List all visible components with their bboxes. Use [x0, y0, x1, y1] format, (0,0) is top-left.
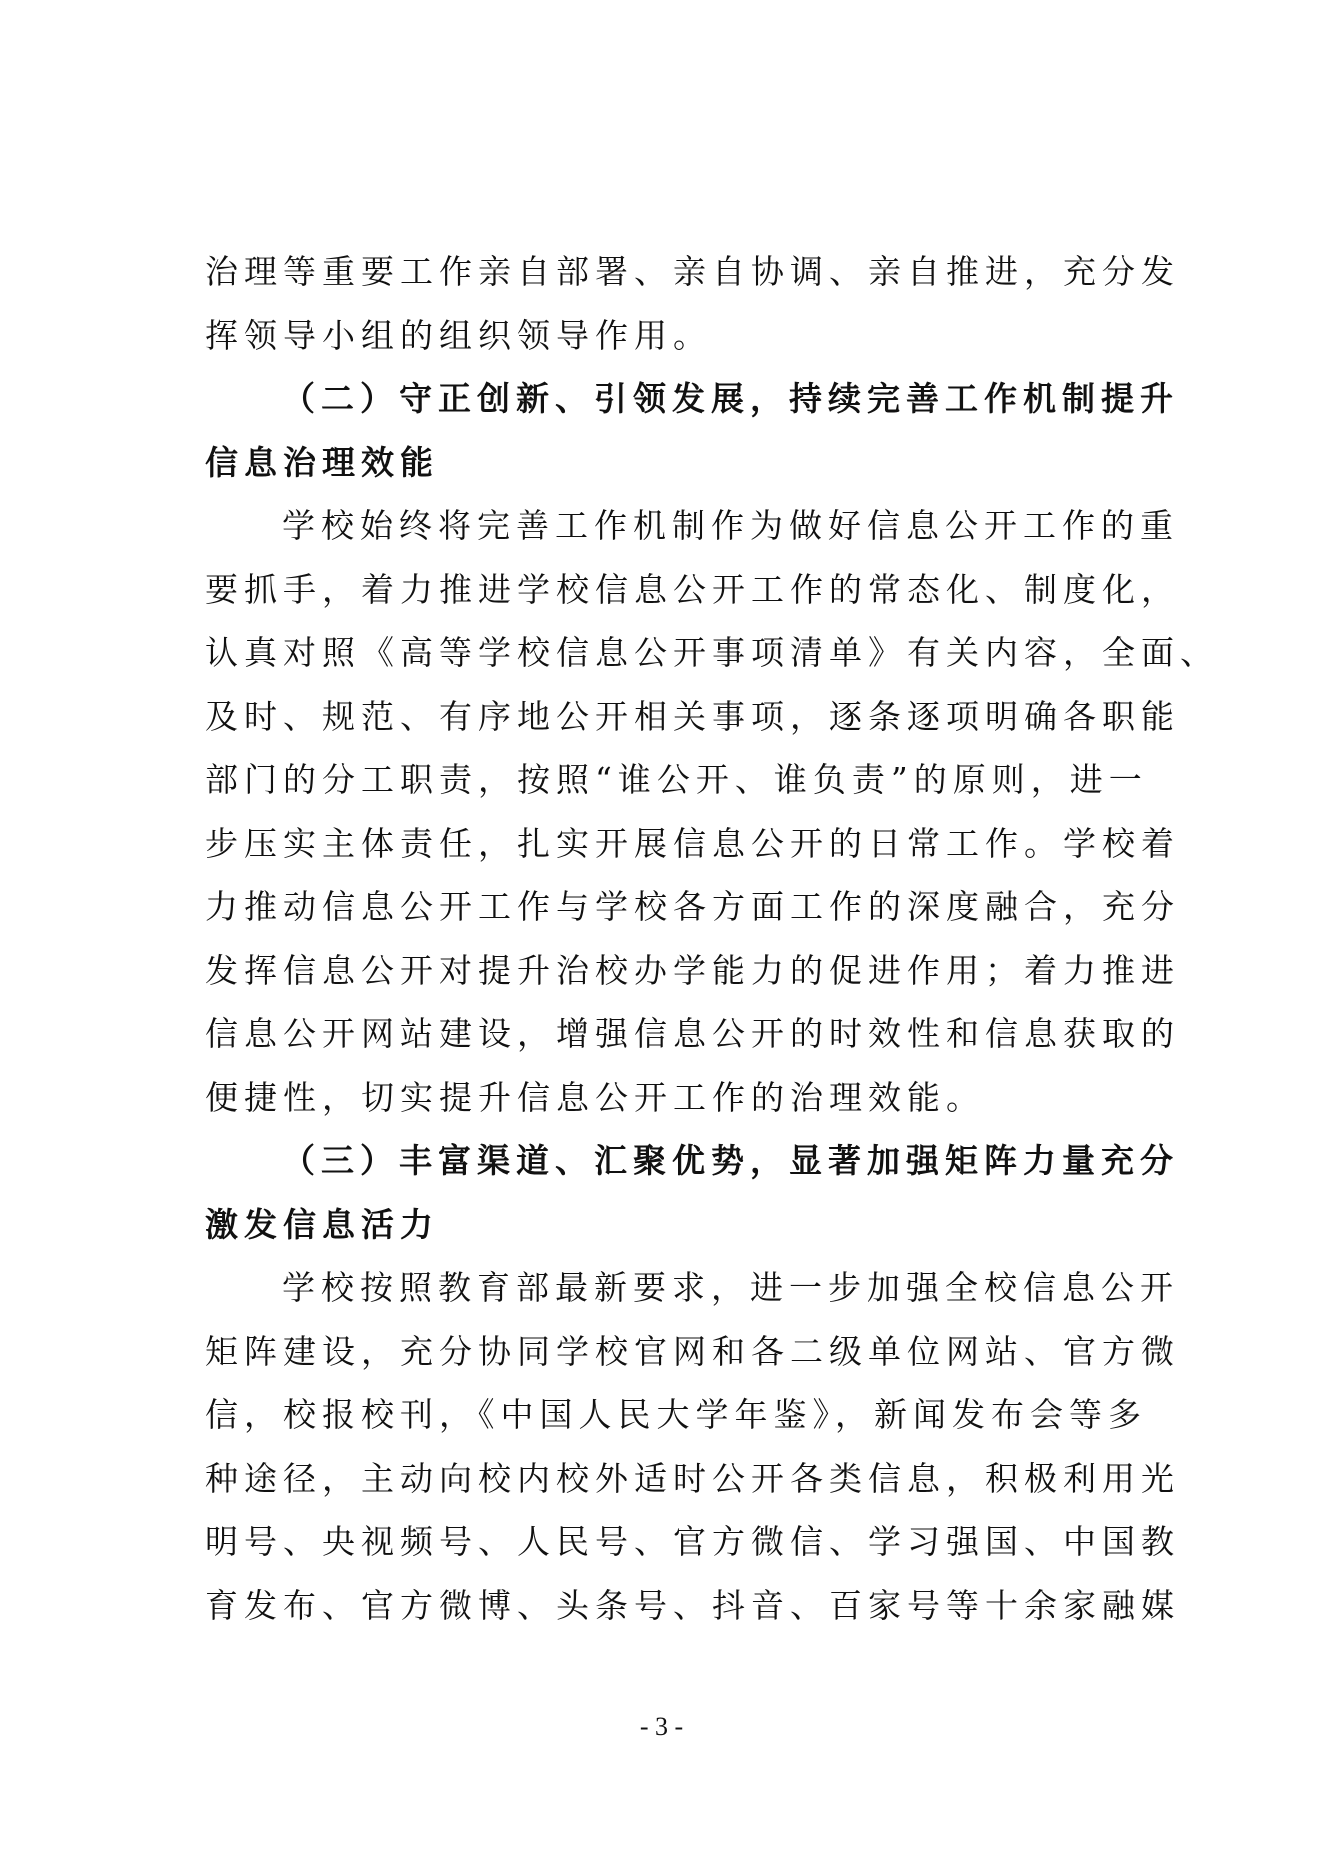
body-line: 部门的分工职责，按照“谁公开、谁负责”的原则，进一 [205, 748, 1129, 812]
body-line: 便捷性，切实提升信息公开工作的治理效能。 [205, 1066, 1129, 1130]
body-line: 及时、规范、有序地公开相关事项，逐条逐项明确各职能 [205, 685, 1129, 749]
body-line: 信，校报校刊，《中国人民大学年鉴》，新闻发布会等多 [205, 1383, 1129, 1447]
body-line: 要抓手，着力推进学校信息公开工作的常态化、制度化， [205, 558, 1129, 622]
body-line: 明号、央视频号、人民号、官方微信、学习强国、中国教 [205, 1510, 1129, 1574]
document-body: 治理等重要工作亲自部署、亲自协调、亲自推进，充分发 挥领导小组的组织领导作用。 … [205, 240, 1129, 1637]
body-line: 育发布、官方微博、头条号、抖音、百家号等十余家融媒 [205, 1574, 1129, 1638]
body-line: 力推动信息公开工作与学校各方面工作的深度融合，充分 [205, 875, 1129, 939]
section-heading-3-cont: 激发信息活力 [205, 1193, 1129, 1257]
body-line: 发挥信息公开对提升治校办学能力的促进作用；着力推进 [205, 939, 1129, 1003]
body-line: 信息公开网站建设，增强信息公开的时效性和信息获取的 [205, 1002, 1129, 1066]
body-line: 学校按照教育部最新要求，进一步加强全校信息公开 [205, 1256, 1129, 1320]
body-line: 矩阵建设，充分协同学校官网和各二级单位网站、官方微 [205, 1320, 1129, 1384]
section-heading-2-cont: 信息治理效能 [205, 431, 1129, 495]
body-line: 学校始终将完善工作机制作为做好信息公开工作的重 [205, 494, 1129, 558]
body-line: 步压实主体责任，扎实开展信息公开的日常工作。学校着 [205, 812, 1129, 876]
page-number: - 3 - [0, 1712, 1323, 1742]
body-line: 挥领导小组的组织领导作用。 [205, 304, 1129, 368]
section-heading-2: （二）守正创新、引领发展，持续完善工作机制提升 [205, 367, 1129, 431]
body-line: 治理等重要工作亲自部署、亲自协调、亲自推进，充分发 [205, 240, 1129, 304]
body-line: 种途径，主动向校内校外适时公开各类信息，积极利用光 [205, 1447, 1129, 1511]
section-heading-3: （三）丰富渠道、汇聚优势，显著加强矩阵力量充分 [205, 1129, 1129, 1193]
document-page: 治理等重要工作亲自部署、亲自协调、亲自推进，充分发 挥领导小组的组织领导作用。 … [0, 0, 1323, 1871]
body-line: 认真对照《高等学校信息公开事项清单》有关内容，全面、 [205, 621, 1129, 685]
